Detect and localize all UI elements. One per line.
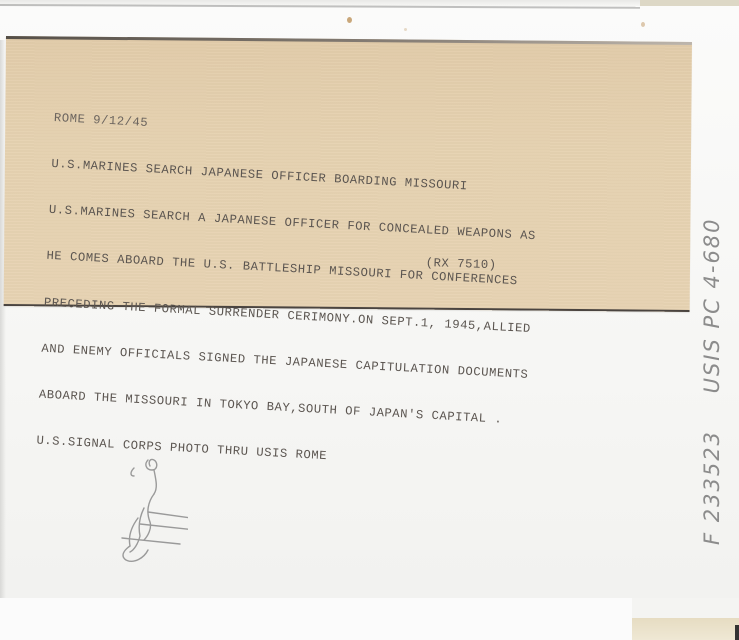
mount-bottom-margin (0, 598, 632, 640)
foxing-speck (404, 28, 407, 31)
underlying-paper-bottom-tab (632, 618, 739, 640)
handwritten-source-ref: USIS PC 4-680 (700, 217, 724, 393)
scanner-edge-mark (735, 625, 739, 640)
foxing-speck (347, 17, 352, 23)
caption-body-line: U.S.MARINES SEARCH A JAPANESE OFFICER FO… (49, 203, 669, 252)
handwritten-archive-id: F 233523 (700, 430, 724, 545)
caption-reference-code: (RX 7510) (426, 256, 497, 272)
caption-body-line: ABOARD THE MISSOURI IN TOKYO BAY,SOUTH O… (39, 388, 659, 437)
caption-body-line: AND ENEMY OFFICIALS SIGNED THE JAPANESE … (41, 341, 661, 390)
caption-body-line: PRECEDING THE FORMAL SURRENDER CERIMONY.… (44, 295, 664, 344)
signature-scribble-icon (108, 432, 188, 572)
caption-dateline: ROME 9/12/45 (54, 111, 674, 160)
handwritten-margin-note: F 233523 USIS PC 4-680 (700, 125, 724, 545)
foxing-speck (641, 22, 645, 27)
caption-headline: U.S.MARINES SEARCH JAPANESE OFFICER BOAR… (51, 157, 671, 206)
caption-body-line: HE COMES ABOARD THE U.S. BATTLESHIP MISS… (46, 249, 666, 298)
